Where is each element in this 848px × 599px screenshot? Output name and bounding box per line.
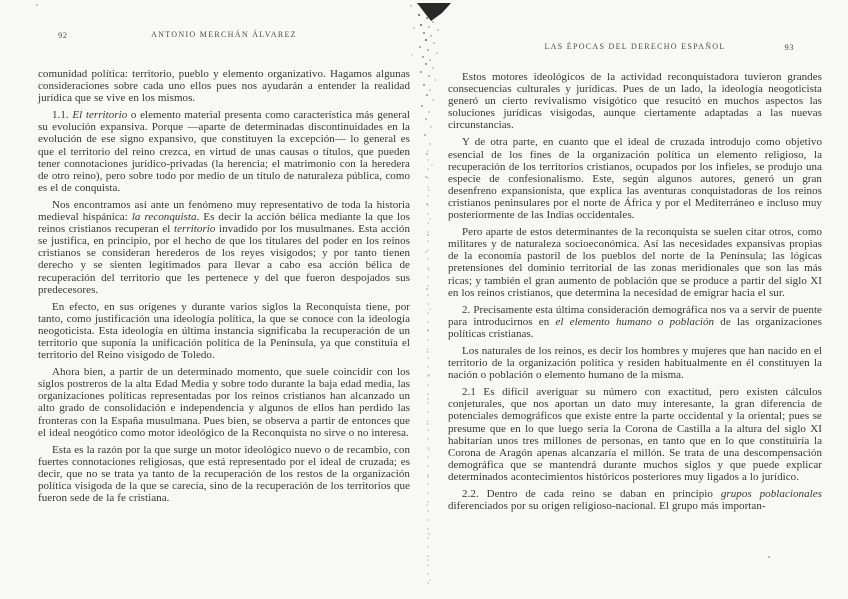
- paragraph: 1.1. El territorio o elemento material p…: [38, 109, 410, 194]
- right-running-header: LAS ÉPOCAS DEL DERECHO ESPAÑOL 93: [448, 42, 822, 54]
- paragraph: Esta es la razón por la que surge un mot…: [38, 444, 410, 504]
- left-running-header: 92 ANTONIO MERCHÁN ÁLVAREZ: [38, 30, 410, 42]
- paragraph: Y de otra parte, en cuanto que el ideal …: [448, 136, 822, 221]
- left-header-title: ANTONIO MERCHÁN ÁLVAREZ: [38, 30, 410, 39]
- paragraph: En efecto, en sus orígenes y durante var…: [38, 301, 410, 361]
- paragraph: Ahora bien, a partir de un determinado m…: [38, 366, 410, 439]
- left-page-text: comunidad política: territorio, pueblo y…: [38, 68, 410, 504]
- paragraph: 2.2. Dentro de cada reino se daban en pr…: [448, 488, 822, 512]
- paragraph: comunidad política: territorio, pueblo y…: [38, 68, 410, 104]
- paragraph: Nos encontramos así ante un fenómeno muy…: [38, 199, 410, 296]
- binding-blob: [417, 3, 451, 21]
- paragraph: Los naturales de los reinos, es decir lo…: [448, 345, 822, 381]
- right-page-number: 93: [785, 42, 795, 52]
- left-page: 92 ANTONIO MERCHÁN ÁLVAREZ comunidad pol…: [38, 30, 410, 509]
- right-header-title: LAS ÉPOCAS DEL DERECHO ESPAÑOL: [448, 42, 822, 51]
- paragraph: Pero aparte de estos determinantes de la…: [448, 226, 822, 299]
- right-page: LAS ÉPOCAS DEL DERECHO ESPAÑOL 93 Estos …: [448, 42, 822, 517]
- book-scan: 92 ANTONIO MERCHÁN ÁLVAREZ comunidad pol…: [0, 0, 848, 599]
- paragraph: 2. Precisamente esta última consideració…: [448, 304, 822, 340]
- paragraph: Estos motores ideológicos de la activida…: [448, 71, 822, 131]
- right-page-text: Estos motores ideológicos de la activida…: [448, 71, 822, 512]
- paragraph: 2.1 Es difícil averiguar su número con e…: [448, 386, 822, 483]
